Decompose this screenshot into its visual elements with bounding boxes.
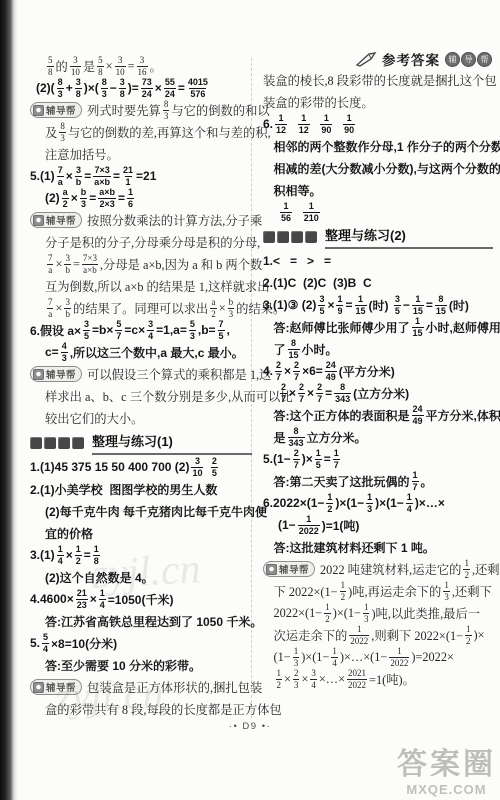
text-run: +: [66, 81, 73, 95]
text-run: 装盒的棱长,8 段彩带的长度就是捆扎这个包: [263, 71, 497, 89]
fraction: 8343: [288, 426, 305, 447]
fraction: 7324: [141, 77, 153, 98]
text-run: )×(1−: [375, 496, 404, 510]
fraction: 815: [288, 338, 300, 359]
helper-badge-icon: [33, 369, 44, 380]
text-run: −: [110, 81, 117, 95]
text-run: 6.2022×(1−: [263, 496, 324, 510]
helper-badge: 辅导帮: [30, 679, 82, 695]
text-run: 包装盒是正方体形状的,捆扎包装: [87, 678, 262, 696]
text-run: (1−: [274, 650, 291, 665]
text-run: )×(: [84, 81, 99, 95]
fraction: 75: [218, 319, 225, 340]
fraction: 190: [343, 113, 355, 134]
text-run: ×…×: [319, 672, 345, 687]
text-run: 6.: [263, 117, 273, 131]
helper-badge-label: 辅导帮: [279, 562, 309, 576]
answer-line: 6.2022×(1−12)×(1−13)×(1−14)×…×: [263, 492, 493, 514]
answer-line: 样求出 a、b、c 三个数分别是多少,从而可以比: [30, 385, 252, 407]
fraction: 58: [47, 55, 54, 76]
text-run: [205, 460, 208, 474]
answer-line: 答:赵师傅比张师傅少用了115小时,赵师傅用: [263, 316, 493, 338]
text-run: 了: [274, 341, 286, 358]
text-run: 相邻的两个整数作分母,1 作分子的两个分数: [274, 138, 500, 155]
text-run: =21: [136, 169, 156, 183]
workbook-answer-page: { "page": { "header": { "title": "参考答案",…: [0, 0, 500, 800]
answer-line: 注意加括号。: [30, 143, 252, 165]
helper-badge-label: 辅导帮: [46, 103, 76, 117]
text-run: 1.(1)45 375 15 50 400 700 (2): [30, 460, 189, 474]
section-header: 整理与练习(2): [263, 223, 493, 250]
helper-badge-label: 辅导帮: [46, 213, 76, 227]
fraction: 14: [331, 646, 338, 667]
section-title: 整理与练习(2): [325, 225, 493, 249]
helper-line: 辅导帮按照分数乘法的计算方法,分子乘: [30, 209, 252, 231]
text-run: 3.(1): [30, 548, 55, 562]
fraction: 23: [293, 668, 300, 689]
text-run: )×…×(1−: [340, 650, 387, 665]
fraction: 13: [443, 580, 450, 601]
text-run: )吨,以此类推,最后一: [371, 604, 480, 622]
text-run: 平方分米,体积: [426, 407, 500, 424]
text-run: 2.(1)C (2)C (3)B C: [263, 276, 372, 290]
answer-line: (2)a2×b3=a×b2×3=16: [30, 187, 252, 209]
helper-badge-label: 辅导帮: [46, 680, 76, 694]
text-run: =: [426, 298, 433, 312]
answer-line: 相邻的两个整数作分母,1 作分子的两个分数: [263, 135, 493, 157]
answer-line: 58的310是58×310=316。: [30, 55, 252, 77]
answer-line: 7a×3b的结果了。同理可以求出a2×b3的结果。: [30, 297, 252, 319]
helper-badge: 辅导帮: [30, 212, 82, 228]
answer-line: 7a×3b=7×3a×b,分母是 a×b,因为 a 和 b 两个数: [30, 253, 252, 275]
fraction: 19: [336, 294, 343, 315]
fraction: 115: [412, 316, 424, 337]
text-run: (时): [369, 297, 392, 314]
fraction: 25: [211, 456, 218, 477]
text-run: =1,a=: [156, 323, 187, 337]
text-run: c=: [45, 345, 59, 359]
text-run: 小时,赵师傅用: [426, 319, 500, 336]
answer-line: 答:江苏省高铁总里程达到了 1050 千米。: [30, 610, 252, 632]
text-run: =c×: [124, 323, 145, 337]
text-run: (时): [449, 297, 469, 314]
fraction: 12022: [298, 514, 320, 535]
fraction: 57: [115, 319, 122, 340]
answer-line: 装盒的彩带的长度。: [263, 91, 493, 113]
text-run: 分子是积的分子,分母乘分母是积的分母,: [45, 233, 260, 251]
text-run: 盒的彩带共有 8 段,每段的长度都是正方体包: [45, 700, 282, 718]
text-run: [312, 117, 319, 131]
text-run: 注意加括号。: [45, 145, 119, 163]
text-run: ×: [284, 364, 291, 378]
helper-badge-icon: [33, 105, 44, 116]
fraction: 16: [127, 187, 134, 208]
fraction: 27: [293, 360, 300, 381]
text-run: =: [325, 386, 332, 400]
stamp-site-text: MXQE.COM: [397, 782, 496, 797]
fraction: 35: [318, 294, 325, 315]
text-run: ×: [56, 257, 63, 272]
text-run: )×(1−: [333, 606, 361, 621]
helper-badge: 辅导帮: [263, 561, 315, 577]
text-run: 装盒的彩带的长度。: [263, 93, 374, 111]
text-run: 互为倒数,所以 a×b 的结果是 1,这样就求出: [45, 277, 270, 295]
fraction: 310: [115, 55, 126, 76]
fraction: 7a: [57, 165, 64, 186]
fraction: 13: [366, 492, 373, 513]
answers-header: 参考答案 辅 导 帮: [355, 49, 492, 69]
answer-line: 2022×(1−12)×(1−13)吨,以此类推,最后一: [263, 602, 493, 624]
answer-line: 答:至少需要 10 分米的彩带。: [30, 654, 252, 676]
text-run: 3.(1)③ (2): [263, 298, 316, 312]
fraction: 14: [57, 544, 64, 565]
text-run: (2)每千克牛肉 每千克猪肉比每千克牛肉便: [45, 503, 267, 520]
answer-line: (2)每千克牛肉 每千克猪肉比每千克牛肉便: [30, 500, 252, 522]
answer-line: 3.(1)14×12=18: [30, 544, 252, 566]
helper-line: 辅导帮可以假设三个算式的乘积都是 1,这: [30, 363, 252, 385]
text-run: =: [89, 191, 96, 205]
answer-line: 了815小时。: [263, 338, 493, 360]
text-run: )=: [128, 81, 139, 95]
text-run: 4.: [263, 364, 273, 378]
text-run: (1−: [278, 518, 296, 532]
text-run: 列式时要先算: [87, 101, 161, 119]
fraction: 35: [83, 319, 90, 340]
fraction: b3: [80, 187, 88, 208]
fraction: b3: [228, 297, 235, 318]
helper-line: 辅导帮列式时要先算83与它的倒数的和以: [30, 99, 252, 121]
answer-line: 下 2022×(1−12)吨,再运走余下的13,还剩下: [263, 580, 493, 602]
text-run: 答:第二天卖了这批玩偶的: [274, 473, 410, 490]
text-run: 的: [56, 57, 68, 75]
fraction: 2449: [412, 404, 424, 425]
fraction: 2123: [76, 588, 88, 609]
text-run: =1050(千米): [108, 591, 174, 608]
answer-line: (2)(83+38)×(83−38)=7324×5524=4015576: [30, 77, 252, 99]
text-run: ,b=: [198, 323, 216, 337]
answer-line: 2.(1)C (2)C (3)B C: [263, 272, 493, 294]
fraction: 815: [435, 294, 447, 315]
fraction: 12022: [389, 646, 409, 667]
text-run: 下 2022×(1−: [274, 582, 338, 600]
answer-line: 5.54×8=10(分米): [30, 632, 252, 654]
fraction: 83: [59, 121, 66, 142]
text-run: ×: [284, 672, 291, 687]
text-run: ,分母是 a×b,因为 a 和 b 两个数: [100, 255, 262, 273]
answer-line: 较出它们的大小。: [30, 407, 252, 429]
text-run: )=2022×: [411, 650, 454, 665]
fraction: 156: [280, 201, 292, 222]
section-blocks-icon: [30, 437, 84, 449]
fraction: 310: [191, 456, 203, 477]
text-run: 答:江苏省高铁总里程达到了 1050 千米。: [45, 613, 262, 630]
fraction: 34: [147, 319, 154, 340]
fraction: 5524: [164, 77, 176, 98]
fraction: 38: [119, 77, 126, 98]
text-run: ×6=: [302, 364, 323, 378]
answer-line: 装盒的棱长,8 段彩带的长度就是捆扎这个包: [263, 69, 493, 91]
answer-line: 3.(1)③ (2)35×19=115(时) 35−115=815(时): [263, 294, 493, 316]
text-run: ,还剩下: [452, 582, 492, 600]
answer-line: 答:第二天卖了这批玩偶的17。: [263, 470, 493, 492]
fraction: 12: [340, 580, 347, 601]
text-run: 。: [150, 57, 162, 75]
text-run: ×: [66, 169, 73, 183]
text-run: )×: [474, 628, 485, 643]
fraction: 27: [275, 360, 282, 381]
text-run: 答:这批建筑材料还剩下 1 吨。: [274, 539, 435, 556]
book-spine-shadow: [0, 0, 18, 800]
text-run: 立方分米。: [307, 429, 367, 446]
text-run: ×: [90, 592, 97, 606]
text-run: 较出它们的大小。: [45, 409, 143, 427]
fraction: 83: [57, 77, 64, 98]
text-run: [334, 117, 341, 131]
text-run: 答:赵师傅比张师傅少用了: [274, 319, 410, 336]
fraction: 3b: [64, 253, 71, 274]
text-run: 宜的价格: [45, 525, 93, 542]
text-run: −: [403, 298, 410, 312]
fraction: 20212022: [347, 668, 367, 689]
answer-line: 4.27×27×6=2449(平方分米): [263, 360, 493, 382]
fraction: 34: [310, 668, 317, 689]
fraction: 190: [320, 113, 332, 134]
text-run: 小时。: [302, 341, 338, 358]
text-run: (立方分米): [353, 385, 409, 402]
fraction: 12: [465, 624, 472, 645]
text-run: =b×: [92, 323, 113, 337]
fraction: 115: [412, 294, 424, 315]
helper-badge-label: 辅导帮: [46, 367, 76, 381]
helper-line: 辅导帮包装盒是正方体形状的,捆扎包装: [30, 676, 252, 698]
answer-line: 答:这个正方体的表面积是2449平方分米,体积: [263, 404, 493, 426]
text-run: 相减的差(大分数减小分数),与这两个分数的: [274, 160, 500, 177]
fraction: 14: [99, 588, 106, 609]
text-run: =: [128, 59, 135, 74]
text-run: (平方分米): [339, 363, 395, 380]
answer-line: 相减的差(大分数减小分数),与这两个分数的: [263, 157, 493, 179]
fraction: 27: [298, 382, 305, 403]
text-run: ×: [66, 548, 73, 562]
fraction: 211: [122, 165, 134, 186]
fraction: 12: [326, 492, 333, 513]
text-run: ×: [219, 301, 226, 316]
answer-site-stamp: 答案圈 MXQE.COM: [397, 750, 496, 797]
fraction: 3b: [75, 165, 83, 186]
section-blocks-icon: [263, 231, 317, 243]
text-run: [294, 205, 301, 219]
answer-line: 分子是积的分子,分母乘分母是积的分母,: [30, 231, 252, 253]
answer-line: 2.(1)小美学校 图图学校的男生人数: [30, 478, 252, 500]
fraction: 17: [333, 448, 340, 469]
fraction: 35: [394, 294, 401, 315]
text-run: 是: [274, 429, 286, 446]
text-run: ×: [289, 386, 296, 400]
fraction: 58: [97, 55, 104, 76]
text-run: =: [345, 298, 352, 312]
fraction: 14: [406, 492, 413, 513]
fraction: 18: [93, 544, 100, 565]
text-run: 与它的倒数的和以: [171, 101, 269, 119]
text-run: ,: [227, 323, 230, 337]
answer-line: 互为倒数,所以 a×b 的结果是 1,这样就求出: [30, 275, 252, 297]
fraction: 7×3a×b: [82, 253, 98, 274]
text-run: =: [324, 452, 331, 466]
fraction: 7a: [47, 253, 54, 274]
text-run: 2022×(1−: [274, 606, 323, 621]
text-run: 1.< = > =: [263, 254, 331, 268]
helper-line: 辅导帮2022 吨建筑材料,运走它的12,还剩: [263, 558, 493, 580]
answer-line: (2)这个自然数是 4。: [30, 566, 252, 588]
fraction: 83: [163, 99, 170, 120]
text-run: 2022 吨建筑材料,运走它的: [320, 560, 461, 578]
fraction: 316: [137, 55, 148, 76]
brand-circle-1: 辅: [445, 52, 460, 67]
fraction: 83: [101, 77, 108, 98]
text-run: [289, 117, 296, 131]
text-run: ,所以这三个数中,a 最大,c 最小。: [70, 344, 244, 361]
section-header: 整理与练习(1): [30, 429, 252, 456]
left-answer-column: 58的310是58×310=316。(2)(83+38)×(83−38)=732…: [30, 55, 252, 720]
fraction: 115: [355, 294, 367, 315]
text-run: 的结果了。同理可以求出: [73, 299, 208, 317]
fraction: 3b: [64, 297, 71, 318]
text-run: =: [178, 81, 185, 95]
text-run: )×…×: [415, 496, 445, 510]
answer-line: 答:这批建筑材料还剩下 1 吨。: [263, 536, 493, 558]
text-run: 积相等。: [274, 182, 322, 199]
text-run: 答:这个正方体的表面积是: [274, 407, 410, 424]
text-run: 及: [45, 123, 57, 141]
answer-line: 12×23×34×…×20212022=1(吨)。: [263, 668, 493, 690]
text-run: =: [73, 257, 80, 272]
fraction: 27: [280, 382, 287, 403]
text-run: ,还剩: [472, 560, 500, 578]
text-run: ×: [71, 191, 78, 205]
text-run: =: [84, 548, 91, 562]
fraction: 43: [61, 341, 68, 362]
answer-line: 6.假设 a×35=b×57=c×34=1,a=53,b=75,: [30, 319, 252, 341]
text-run: 2.(1)小美学校 图图学校的男生人数: [30, 481, 217, 498]
section-title: 整理与练习(1): [92, 431, 252, 455]
text-run: )=1(吨): [322, 517, 360, 534]
answer-line: (1−12022)=1(吨): [263, 514, 493, 536]
fraction: 12: [463, 558, 470, 579]
answer-line: 及83与它的倒数的差,再算这个和与差的积,: [30, 121, 252, 143]
text-run: )×(1−: [335, 496, 364, 510]
text-run: 是: [83, 57, 95, 75]
fraction: 8343: [334, 382, 351, 403]
text-run: (2)这个自然数是 4。: [45, 569, 154, 586]
text-run: )×: [302, 452, 313, 466]
text-run: =: [118, 191, 125, 205]
brand-circle-2: 导: [461, 52, 476, 67]
answer-line: (1−13)×(1−14)×…×(1−12022)=2022×: [263, 646, 493, 668]
answer-line: 盒的彩带共有 8 段,每段的长度都是正方体包: [30, 698, 252, 720]
fraction: 2449: [325, 360, 337, 381]
fraction: 17: [412, 470, 419, 491]
fraction: 12: [324, 602, 331, 623]
fraction: 12022: [349, 624, 369, 645]
fraction: a×b2×3: [98, 187, 116, 208]
fraction: 7a: [47, 297, 54, 318]
text-run: )×(1−: [301, 650, 329, 665]
fraction: 4015576: [187, 77, 209, 98]
stamp-logo-text: 答案圈: [397, 750, 496, 780]
fraction: 15: [315, 448, 322, 469]
fraction: 12: [276, 668, 283, 689]
text-run: =1(吨)。: [369, 670, 415, 688]
helper-badge-icon: [33, 215, 44, 226]
fraction: 310: [70, 55, 81, 76]
text-run: 次运走余下的: [274, 626, 348, 644]
helper-brand-badges: 辅 导 帮: [445, 52, 492, 67]
answer-line: 宜的价格: [30, 522, 252, 544]
helper-badge-icon: [33, 682, 44, 693]
text-run: ×: [56, 301, 63, 316]
answer-line: 5.(1)7a×3b=7×3a×b=211=21: [30, 165, 252, 187]
text-run: 。: [421, 473, 433, 490]
text-run: ×: [307, 386, 314, 400]
fraction: 27: [316, 382, 323, 403]
fraction: 112: [298, 113, 310, 134]
text-run: 6.假设 a×: [30, 322, 81, 339]
text-run: (2): [45, 191, 60, 205]
right-answer-column: 装盒的棱长,8 段彩带的长度就是捆扎这个包装盒的彩带的长度。6.112 112 …: [263, 69, 493, 690]
answer-line: 156 1210: [263, 201, 493, 223]
helper-badge-icon: [266, 564, 277, 575]
text-run: (2)(: [36, 81, 55, 95]
fraction: 53: [189, 319, 196, 340]
fraction: a2: [210, 297, 217, 318]
brand-circle-3: 帮: [477, 52, 492, 67]
text-run: ×8=10(分米): [51, 635, 117, 652]
text-run: =: [113, 169, 120, 183]
fraction: 7×3a×b: [93, 165, 111, 186]
text-run: 4.4600×: [30, 592, 74, 606]
fraction: 112: [275, 113, 287, 134]
text-run: 答:至少需要 10 分米的彩带。: [45, 657, 201, 674]
answer-line: 4.4600×2123×14=1050(千米): [30, 588, 252, 610]
answer-line: 1.(1)45 375 15 50 400 700 (2)310 25: [30, 456, 252, 478]
fraction: 54: [42, 632, 49, 653]
answer-line: 1.< = > =: [263, 250, 493, 272]
text-run: 可以假设三个算式的乘积都是 1,这: [87, 365, 271, 383]
text-run: ×: [106, 59, 113, 74]
text-run: )吨,再运走余下的: [348, 582, 441, 600]
helper-badge: 辅导帮: [30, 102, 82, 118]
fraction: a2: [62, 187, 69, 208]
text-run: ,则剩下 2022×(1−: [371, 626, 463, 644]
fraction: 13: [293, 646, 300, 667]
pencil-icon: [355, 51, 379, 67]
answer-line: c=43,所以这三个数中,a 最大,c 最小。: [30, 341, 252, 363]
page-number: ·• D9 •·: [0, 721, 500, 732]
answer-line: 27×27×27=8343(立方分米): [263, 382, 493, 404]
text-run: 与它的倒数的差,再算这个和与差的积,: [68, 123, 271, 141]
text-run: 按照分数乘法的计算方法,分子乘: [87, 211, 262, 229]
text-run: 5.: [30, 636, 40, 650]
text-run: ×: [327, 298, 334, 312]
answer-line: 6.112 112 190 190: [263, 113, 493, 135]
fraction: 13: [363, 602, 370, 623]
text-run: ×: [155, 81, 162, 95]
helper-badge: 辅导帮: [30, 366, 82, 382]
answers-title: 参考答案: [382, 49, 440, 69]
fraction: 38: [75, 77, 82, 98]
fraction: 12: [75, 544, 82, 565]
text-run: 5.(1): [30, 169, 55, 183]
